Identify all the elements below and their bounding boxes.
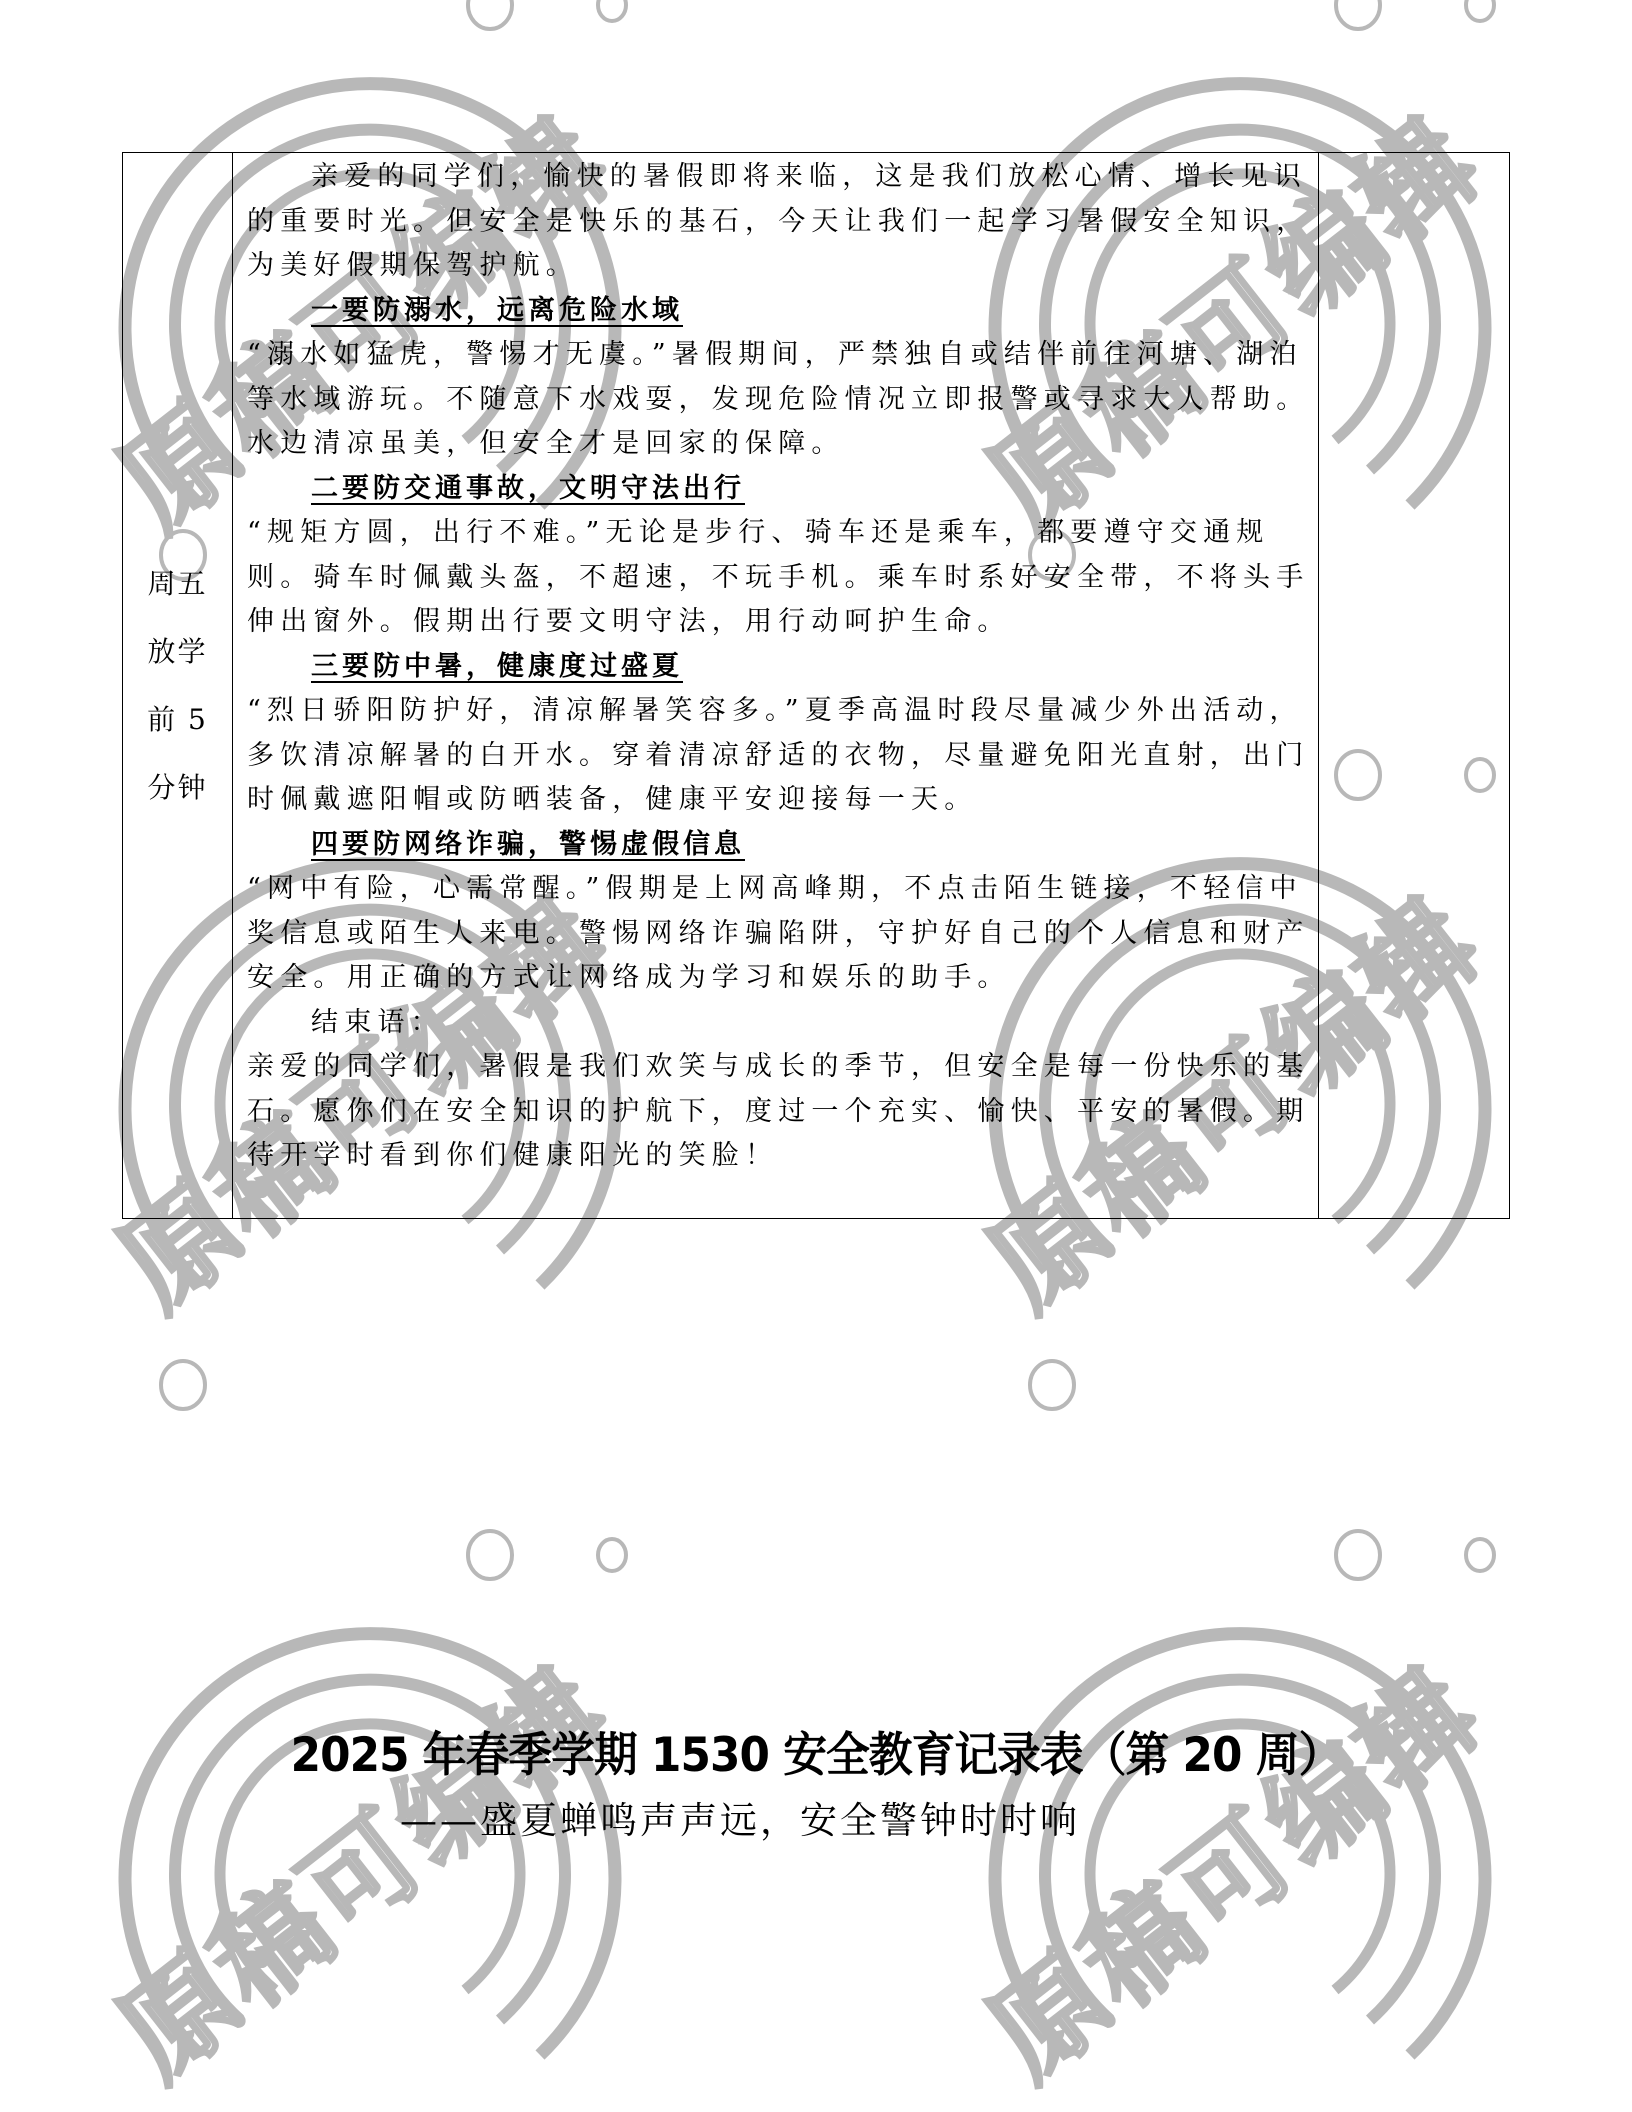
section-body: “烈日骄阳防护好，清凉解暑笑容多。”夏季高温时段尽量减少外出活动，多饮清凉解暑的…: [247, 689, 1318, 823]
section-body: “溺水如猛虎，警惕才无虞。”暑假期间，严禁独自或结伴前往河塘、湖泊等水域游玩。不…: [247, 333, 1318, 467]
time-line: 分钟: [147, 754, 207, 822]
closing-label: 结束语：: [247, 1001, 1318, 1046]
content-cell: 亲爱的同学们，愉快的暑假即将来临，这是我们放松心情、增长见识的重要时光。但安全是…: [233, 153, 1319, 1218]
time-line: 前 5: [147, 686, 208, 754]
document-page: 周五 放学 前 5 分钟 亲爱的同学们，愉快的暑假即将来临，这是我们放松心情、增…: [0, 0, 1632, 2112]
intro-paragraph: 亲爱的同学们，愉快的暑假即将来临，这是我们放松心情、增长见识的重要时光。但安全是…: [247, 155, 1318, 289]
section-heading: 一要防溺水，远离危险水域: [247, 289, 1318, 334]
section-heading: 四要防网络诈骗，警惕虚假信息: [247, 823, 1318, 868]
section-heading: 二要防交通事故，文明守法出行: [247, 467, 1318, 512]
section-heading: 三要防中暑，健康度过盛夏: [247, 645, 1318, 690]
time-line: 周五: [147, 550, 207, 618]
section-body: “规矩方圆，出行不难。”无论是步行、骑车还是乘车，都要遵守交通规则。骑车时佩戴头…: [247, 511, 1318, 645]
closing-paragraph: 亲爱的同学们，暑假是我们欢笑与成长的季节，但安全是每一份快乐的基石。愿你们在安全…: [247, 1045, 1318, 1179]
note-cell: [1319, 153, 1509, 1218]
section-body: “网中有险，心需常醒。”假期是上网高峰期，不点击陌生链接，不轻信中奖信息或陌生人…: [247, 867, 1318, 1001]
time-cell: 周五 放学 前 5 分钟: [123, 153, 233, 1218]
record-table: 周五 放学 前 5 分钟 亲爱的同学们，愉快的暑假即将来临，这是我们放松心情、增…: [122, 152, 1510, 1219]
time-line: 放学: [147, 618, 207, 686]
page-subtitle: ——盛夏蝉鸣声声远，安全警钟时时响: [400, 1790, 1080, 1844]
page-title: 2025 年春季学期 1530 安全教育记录表（第 20 周）: [57, 1718, 1575, 1785]
